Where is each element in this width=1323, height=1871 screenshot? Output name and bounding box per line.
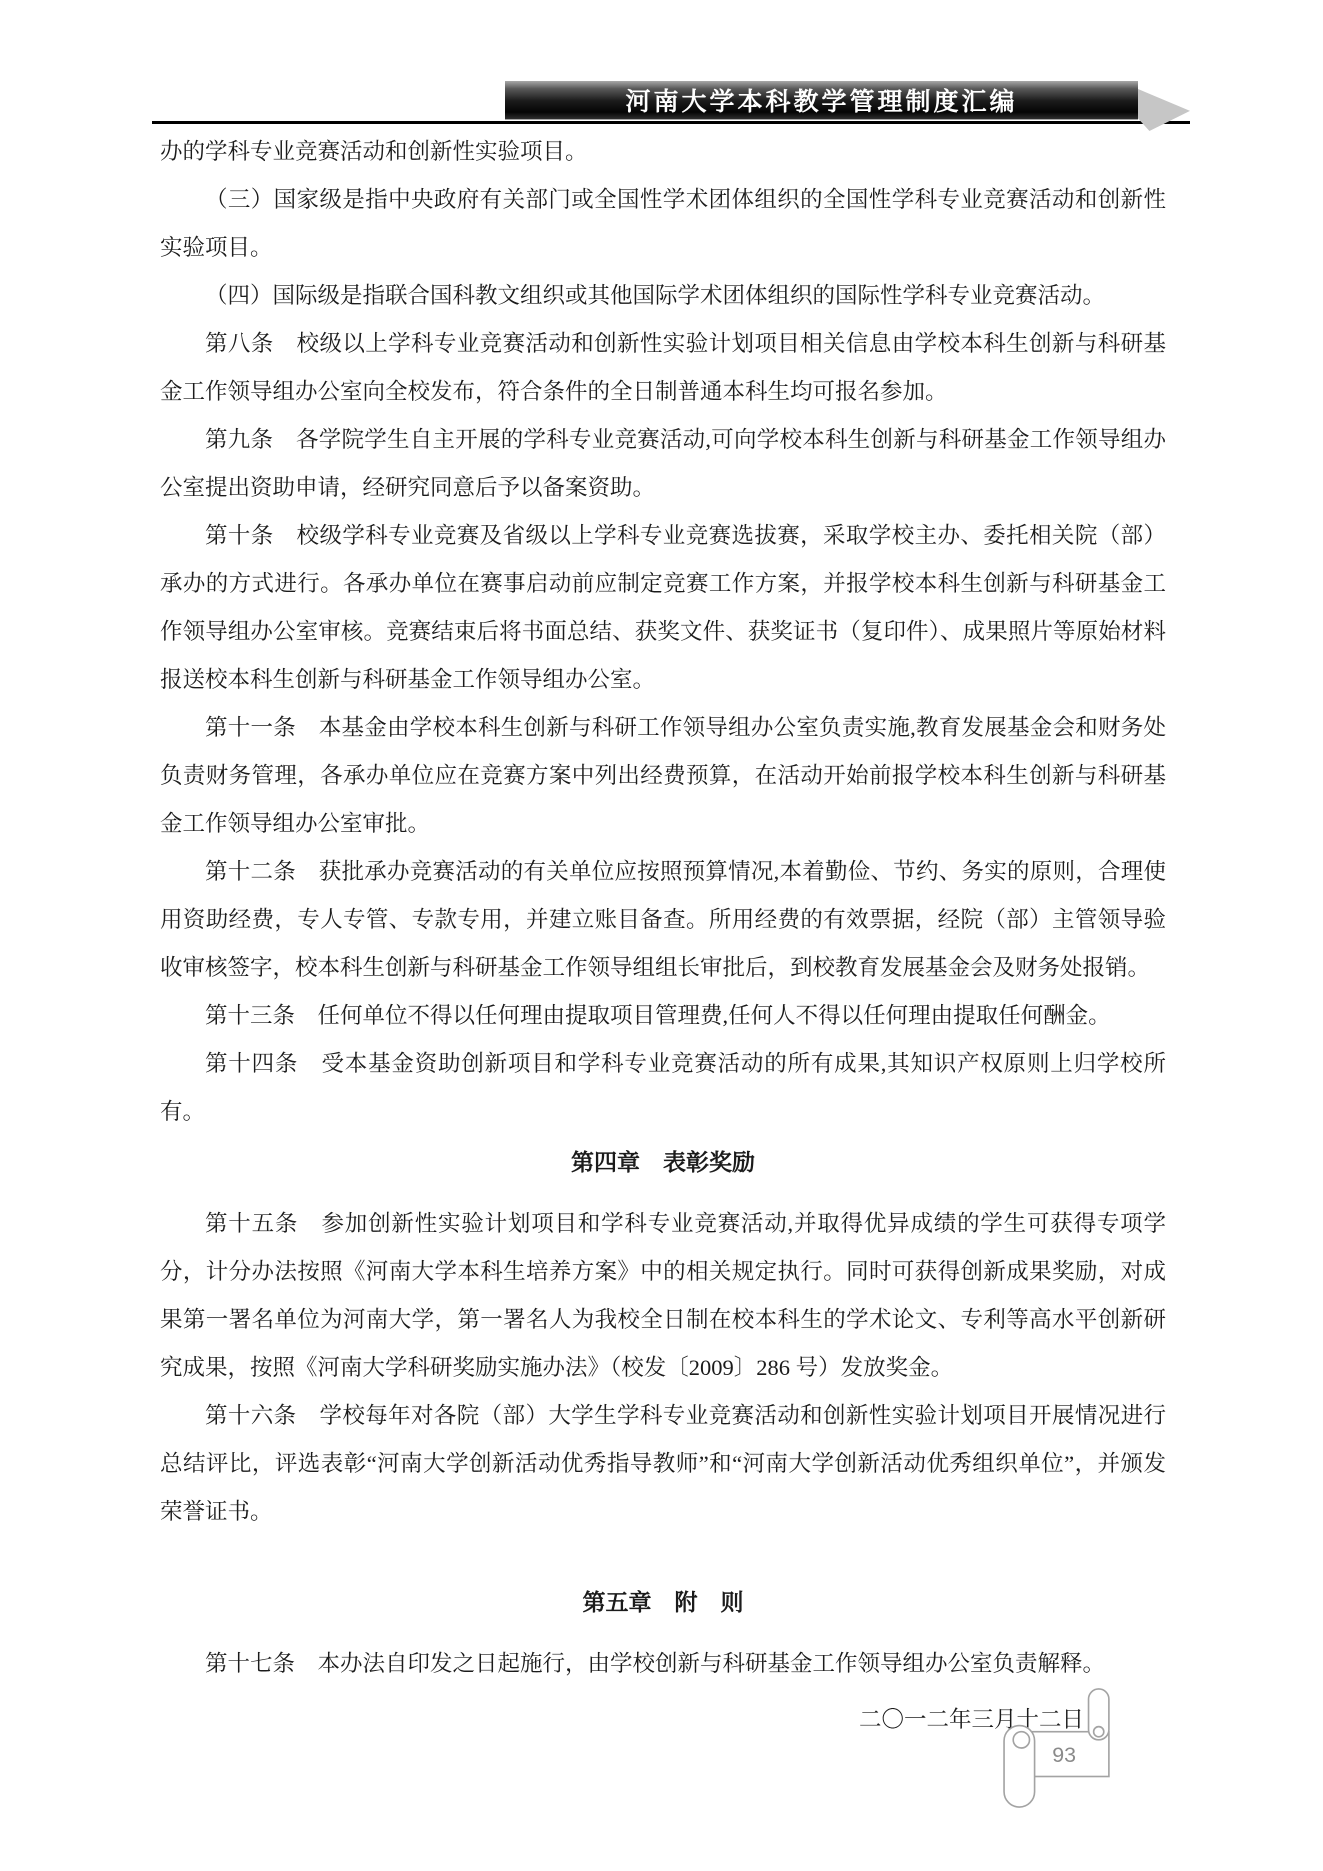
body-paragraph: 第十条 校级学科专业竞赛及省级以上学科专业竞赛选拔赛，采取学校主办、委托相关院（…	[160, 512, 1166, 704]
body-paragraph: 第八条 校级以上学科专业竞赛活动和创新性实验计划项目相关信息由学校本科生创新与科…	[160, 320, 1166, 416]
page-number-scroll-icon: 93	[1001, 1684, 1115, 1812]
body-paragraph: 第十四条 受本基金资助创新项目和学科专业竞赛活动的所有成果,其知识产权原则上归学…	[160, 1040, 1166, 1136]
header-title: 河南大学本科教学管理制度汇编	[625, 82, 1017, 118]
body-paragraph: 第十五条 参加创新性实验计划项目和学科专业竞赛活动,并取得优异成绩的学生可获得专…	[160, 1200, 1166, 1392]
scroll-left-roll	[1013, 1732, 1029, 1748]
body-paragraph: 第十三条 任何单位不得以任何理由提取项目管理费,任何人不得以任何理由提取任何酬金…	[160, 992, 1166, 1040]
document-page: 河南大学本科教学管理制度汇编 办的学科专业竞赛活动和创新性实验项目。 （三）国家…	[0, 0, 1323, 1871]
banner-arrow-icon	[1138, 89, 1190, 131]
chapter-heading-5: 第五章 附 则	[160, 1578, 1166, 1626]
scroll-right-roll	[1094, 1727, 1104, 1737]
body-paragraph: 第十七条 本办法自印发之日起施行，由学校创新与科研基金工作领导组办公室负责解释。	[160, 1640, 1166, 1688]
header-rule	[152, 121, 1190, 124]
header-banner: 河南大学本科教学管理制度汇编	[505, 81, 1138, 119]
page-number: 93	[1052, 1743, 1076, 1767]
body-paragraph: 第九条 各学院学生自主开展的学科专业竞赛活动,可向学校本科生创新与科研基金工作领…	[160, 416, 1166, 512]
document-body: 办的学科专业竞赛活动和创新性实验项目。 （三）国家级是指中央政府有关部门或全国性…	[160, 128, 1166, 1744]
body-paragraph: （三）国家级是指中央政府有关部门或全国性学术团体组织的全国性学科专业竞赛活动和创…	[160, 176, 1166, 272]
body-paragraph: 办的学科专业竞赛活动和创新性实验项目。	[160, 128, 1166, 176]
body-paragraph: 第十二条 获批承办竞赛活动的有关单位应按照预算情况,本着勤俭、节约、务实的原则，…	[160, 848, 1166, 992]
body-paragraph: 第十一条 本基金由学校本科生创新与科研工作领导组办公室负责实施,教育发展基金会和…	[160, 704, 1166, 848]
chapter-heading-4: 第四章 表彰奖励	[160, 1138, 1166, 1186]
body-paragraph: 第十六条 学校每年对各院（部）大学生学科专业竞赛活动和创新性实验计划项目开展情况…	[160, 1392, 1166, 1536]
body-paragraph: （四）国际级是指联合国科教文组织或其他国际学术团体组织的国际性学科专业竞赛活动。	[160, 272, 1166, 320]
